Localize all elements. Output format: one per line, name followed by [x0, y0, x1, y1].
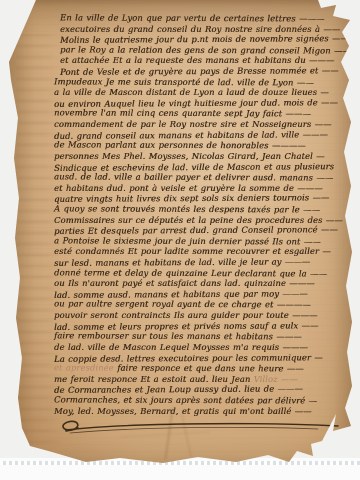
manuscript-line-segment: Molins le quatriesme jour du p.nt mois d…	[60, 33, 349, 45]
manuscript-line: personnes Mes Phel. Moysses, Nicolas Gir…	[54, 151, 350, 162]
manuscript-line-segment: pouvoir seront contraincts Ils aura guid…	[54, 310, 318, 320]
manuscript-line-segment: et apresdinée	[54, 362, 117, 372]
manuscript-line-segment: Impudeaux Je me suis transporté de lad. …	[54, 76, 314, 87]
manuscript-line-segment: faire responce et que dans une heure ——	[117, 363, 303, 374]
manuscript-line-segment: Villoz ——	[254, 374, 298, 384]
manuscript-text: En la ville de Lyon que par vertu de cer…	[54, 13, 350, 416]
manuscript-line: a la ville de Mascon distant de Lyon a l…	[54, 87, 350, 98]
manuscript-line: Impudeaux Je me suis transporté de lad. …	[54, 76, 350, 88]
manuscript-line: ausd. de lad. ville a bailler payer et d…	[54, 171, 350, 183]
manuscript-line-segment: Pont de Vesle et de gruyère au pays de B…	[60, 65, 339, 77]
manuscript-line-segment: Moy, led. Moysses, Bernard, et gratis qu…	[54, 406, 312, 416]
manuscript-line-segment: ausd. de lad. ville a bailler payer et d…	[54, 171, 333, 182]
manuscript-line-segment: parties Et desquels par arrest dud. gran…	[54, 224, 338, 236]
manuscript-line: a Pontoise le sixiesme jour de juin dern…	[54, 235, 350, 247]
manuscript-line-segment: de Cormaranches et Jean Loup aussy dud. …	[54, 384, 303, 396]
manuscript-line-segment: personnes Mes Phel. Moysses, Nicolas Gir…	[54, 151, 325, 161]
manuscript-line: commandement de par le Roy nostre sire e…	[54, 119, 350, 130]
manuscript-line-segment: me feroit responce Et a estoit aud. lieu…	[54, 374, 254, 384]
manuscript-page: En la ville de Lyon que par vertu de cer…	[0, 0, 360, 480]
manuscript-line: par le Roy a la relation des gens de son…	[60, 44, 350, 56]
manuscript-line: de Mascon parlant aux personnes de honor…	[54, 140, 350, 152]
manuscript-line: ou Ils n'auront payé et satisfaict dans …	[54, 278, 350, 289]
manuscript-line-segment: ou par aultre sergent royal ayant de ce …	[54, 299, 311, 310]
manuscript-line: Cormaranches, et six jours après sont da…	[54, 394, 350, 406]
manuscript-line-segment: donné terme et delay de quinzaine Leur d…	[54, 267, 327, 278]
manuscript-line-segment: commandement de par le Roy nostre sire e…	[54, 119, 332, 129]
manuscript-line: ou par aultre sergent royal ayant de ce …	[54, 299, 350, 311]
manuscript-line: de lad. ville de Mascon Lequel Moysses m…	[54, 342, 350, 353]
manuscript-line-segment: de Mascon parlant aux personnes de honor…	[54, 140, 306, 151]
manuscript-line: A quoy se sont trouvés montés les despen…	[54, 203, 350, 215]
manuscript-line-segment: quatre vingts huit livres dix sept sols …	[54, 193, 329, 205]
manuscript-line: pouvoir seront contraincts Ils aura guid…	[54, 310, 350, 321]
manuscript-line-segment: et habitans dud. pont à veisle et gruyèr…	[54, 183, 323, 193]
manuscript-line-segment: a Pontoise le sixiesme jour de juin dern…	[54, 235, 321, 246]
manuscript-line-segment: novembre l'an mil cinq cens quarante sep…	[54, 108, 311, 119]
manuscript-line-segment: esté condamnés Et pour ladite somme reco…	[54, 246, 331, 256]
manuscript-line: Moy, led. Moysses, Bernard, et gratis qu…	[54, 406, 350, 417]
manuscript-line: faire rembourser sur tous les manans et …	[54, 331, 350, 343]
manuscript-line-segment: et attachée Et a la requeste des manans …	[60, 55, 334, 65]
manuscript-line: et apresdinée faire responce et que dans…	[54, 362, 350, 374]
manuscript-line-segment: a la ville de Mascon distant de Lyon a l…	[54, 87, 329, 97]
manuscript-line-segment: Commissaires sur ce députés et la peine …	[54, 215, 343, 225]
signature-flourish	[56, 416, 348, 438]
manuscript-line-segment: de lad. ville de Mascon Lequel Moysses m…	[54, 342, 308, 352]
perforation-dots	[0, 461, 360, 465]
manuscript-line: En la ville de Lyon que par vertu de cer…	[60, 12, 350, 24]
manuscript-line: donné terme et delay de quinzaine Leur d…	[54, 267, 350, 279]
manuscript-line-segment: executoires du grand conseil du Roy nost…	[60, 24, 340, 34]
manuscript-line-segment: ou Ils n'auront payé et satisfaict dans …	[54, 278, 315, 288]
manuscript-line-segment: par le Roy a la relation des gens de son…	[60, 44, 351, 55]
manuscript-line-segment: Cormaranches, et six jours après sont da…	[54, 394, 317, 405]
manuscript-line: novembre l'an mil cinq cens quarante sep…	[54, 108, 350, 120]
manuscript-line-segment: faire rembourser sur tous les manans et …	[54, 331, 302, 342]
manuscript-line-segment: A quoy se sont trouvés montés les despen…	[54, 203, 320, 214]
manuscript-line-segment: En la ville de Lyon que par vertu de cer…	[60, 12, 324, 23]
manuscript-line-segment: sur lesd. manans et habitans de lad. vil…	[54, 256, 310, 268]
